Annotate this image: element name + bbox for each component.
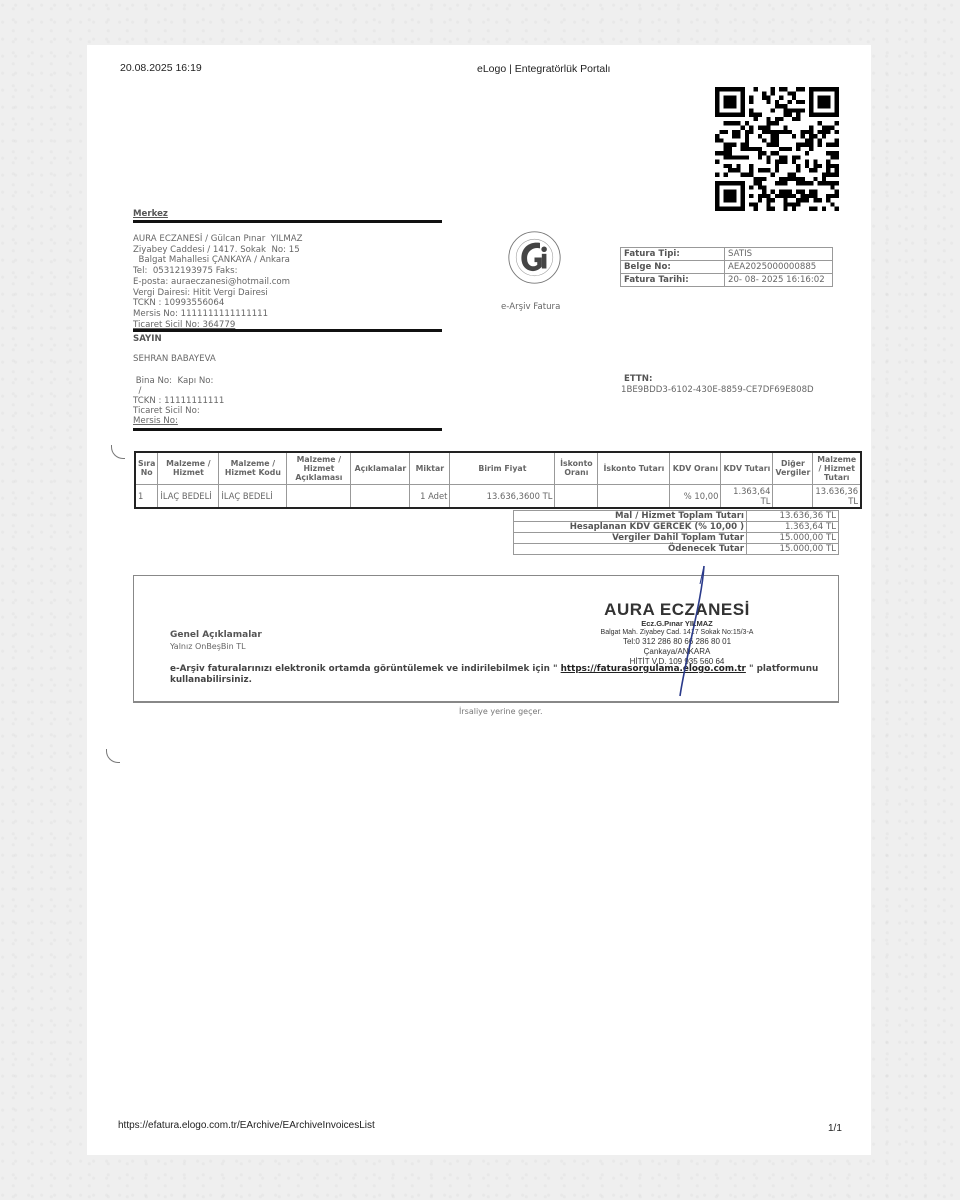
seller-block: AURA ECZANESİ / Gülcan Pınar YILMAZZiyab… — [133, 234, 303, 330]
totals-label: Hesaplanan KDV GERCEK (% 10,00 ) — [514, 522, 747, 533]
invoice-info-table: Fatura Tipi:SATISBelge No:AEA20250000008… — [620, 247, 833, 287]
items-header-cell: Malzeme / Hizmet Açıklaması — [287, 452, 351, 484]
totals-value: 15.000,00 TL — [747, 533, 839, 544]
totals-value: 13.636,36 TL — [747, 511, 839, 522]
logo-caption: e-Arşiv Fatura — [501, 302, 560, 313]
totals-label: Ödenecek Tutar — [514, 544, 747, 555]
ettn-label: ETTN: — [624, 374, 652, 385]
items-header-cell: Malzeme / Hizmet Kodu — [219, 452, 287, 484]
print-url: https://efatura.elogo.com.tr/EArchive/EA… — [118, 1120, 375, 1131]
scan-mark — [111, 445, 125, 459]
totals-label: Mal / Hizmet Toplam Tutarı — [514, 511, 747, 522]
seller-section-title: Merkez — [133, 209, 168, 220]
portal-text-before: e-Arşiv faturalarınızı elektronik ortamd… — [170, 664, 561, 674]
qr-code-icon — [715, 87, 839, 211]
items-cell: 13.636,36 TL — [813, 484, 861, 508]
seller-bottom-divider — [133, 329, 442, 332]
ettn-value: 1BE9BDD3-6102-430E-8859-CE7DF69E808D — [621, 385, 814, 396]
buyer-name: SEHRAN BABAYEVA — [133, 354, 216, 365]
invoice-info-row: Fatura Tipi:SATIS — [621, 248, 833, 261]
seller-line: E-posta: auraeczanesi@hotmail.com — [133, 277, 303, 288]
buyer-line: Ticaret Sicil No: — [133, 406, 224, 416]
items-header-cell: Sıra No — [135, 452, 158, 484]
invoice-page: 20.08.2025 16:19 eLogo | Entegratörlük P… — [87, 45, 871, 1155]
waybill-note: İrsaliye yerine geçer. — [459, 707, 542, 718]
buyer-line: Mersis No: — [133, 416, 224, 426]
totals-row: Ödenecek Tutar15.000,00 TL — [514, 544, 839, 555]
items-header-cell: Malzeme / Hizmet Tutarı — [813, 452, 861, 484]
items-header-cell: KDV Oranı — [670, 452, 721, 484]
invoice-info-label: Fatura Tarihi: — [621, 274, 725, 287]
items-cell: 1 — [135, 484, 158, 508]
invoice-info-row: Belge No:AEA2025000000885 — [621, 261, 833, 274]
table-row: 1İLAÇ BEDELİİLAÇ BEDELİ1 Adet13.636,3600… — [135, 484, 861, 508]
invoice-info-label: Fatura Tipi: — [621, 248, 725, 261]
items-cell: % 10,00 — [670, 484, 721, 508]
buyer-line: TCKN : 11111111111 — [133, 396, 224, 406]
totals-label: Vergiler Dahil Toplam Tutar — [514, 533, 747, 544]
seller-line: Ziyabey Caddesi / 1417. Sokak No: 15 — [133, 245, 303, 256]
items-header-cell: Malzeme / Hizmet — [158, 452, 219, 484]
print-page-number: 1/1 — [828, 1123, 842, 1134]
buyer-block: Bina No: Kapı No: /TCKN : 11111111111Tic… — [133, 376, 224, 426]
items-header-cell: KDV Tutarı — [721, 452, 773, 484]
seller-line: Balgat Mahallesi ÇANKAYA / Ankara — [133, 255, 303, 266]
totals-row: Hesaplanan KDV GERCEK (% 10,00 )1.363,64… — [514, 522, 839, 533]
invoice-info-value: AEA2025000000885 — [725, 261, 833, 274]
notes-box: Genel Açıklamalar Yalnız OnBeşBin TL e-A… — [133, 575, 839, 703]
items-cell — [598, 484, 670, 508]
buyer-bottom-divider — [133, 428, 442, 431]
scan-mark — [106, 749, 120, 763]
items-cell: İLAÇ BEDELİ — [158, 484, 219, 508]
seller-line: Vergi Dairesi: Hitit Vergi Dairesi — [133, 288, 303, 299]
portal-info-text-line2: kullanabilirsiniz. — [170, 675, 252, 686]
items-header-cell: İskonto Oranı — [555, 452, 598, 484]
totals-value: 15.000,00 TL — [747, 544, 839, 555]
items-table: Sıra NoMalzeme / HizmetMalzeme / Hizmet … — [134, 451, 862, 509]
items-cell — [351, 484, 410, 508]
notes-amount-text: Yalnız OnBeşBin TL — [170, 642, 246, 653]
items-header-cell: Birim Fiyat — [450, 452, 555, 484]
invoice-info-label: Belge No: — [621, 261, 725, 274]
buyer-line: Bina No: Kapı No: — [133, 376, 224, 386]
items-cell: 1.363,64 TL — [721, 484, 773, 508]
invoice-info-value: 20- 08- 2025 16:16:02 — [725, 274, 833, 287]
items-cell — [287, 484, 351, 508]
signature-icon — [664, 564, 724, 699]
invoice-info-row: Fatura Tarihi:20- 08- 2025 16:16:02 — [621, 274, 833, 287]
items-cell: 1 Adet — [410, 484, 450, 508]
totals-table: Mal / Hizmet Toplam Tutarı13.636,36 TLHe… — [513, 510, 839, 555]
seller-line: AURA ECZANESİ / Gülcan Pınar YILMAZ — [133, 234, 303, 245]
invoice-info-value: SATIS — [725, 248, 833, 261]
items-header-cell: İskonto Tutarı — [598, 452, 670, 484]
items-header-cell: Miktar — [410, 452, 450, 484]
buyer-line: / — [133, 386, 224, 396]
buyer-section-title: SAYIN — [133, 334, 162, 345]
gib-logo-icon — [507, 230, 562, 285]
items-cell — [555, 484, 598, 508]
items-cell — [773, 484, 813, 508]
items-header-cell: Diğer Vergiler — [773, 452, 813, 484]
print-title: eLogo | Entegratörlük Portalı — [477, 63, 610, 75]
seller-line: Mersis No: 1111111111111111 — [133, 309, 303, 320]
totals-row: Vergiler Dahil Toplam Tutar15.000,00 TL — [514, 533, 839, 544]
notes-title: Genel Açıklamalar — [170, 630, 262, 641]
items-header-cell: Açıklamalar — [351, 452, 410, 484]
totals-value: 1.363,64 TL — [747, 522, 839, 533]
seller-divider — [133, 220, 442, 223]
seller-line: TCKN : 10993556064 — [133, 298, 303, 309]
seller-line: Tel: 05312193975 Faks: — [133, 266, 303, 277]
items-cell: 13.636,3600 TL — [450, 484, 555, 508]
items-cell: İLAÇ BEDELİ — [219, 484, 287, 508]
print-datetime: 20.08.2025 16:19 — [120, 62, 202, 74]
totals-row: Mal / Hizmet Toplam Tutarı13.636,36 TL — [514, 511, 839, 522]
